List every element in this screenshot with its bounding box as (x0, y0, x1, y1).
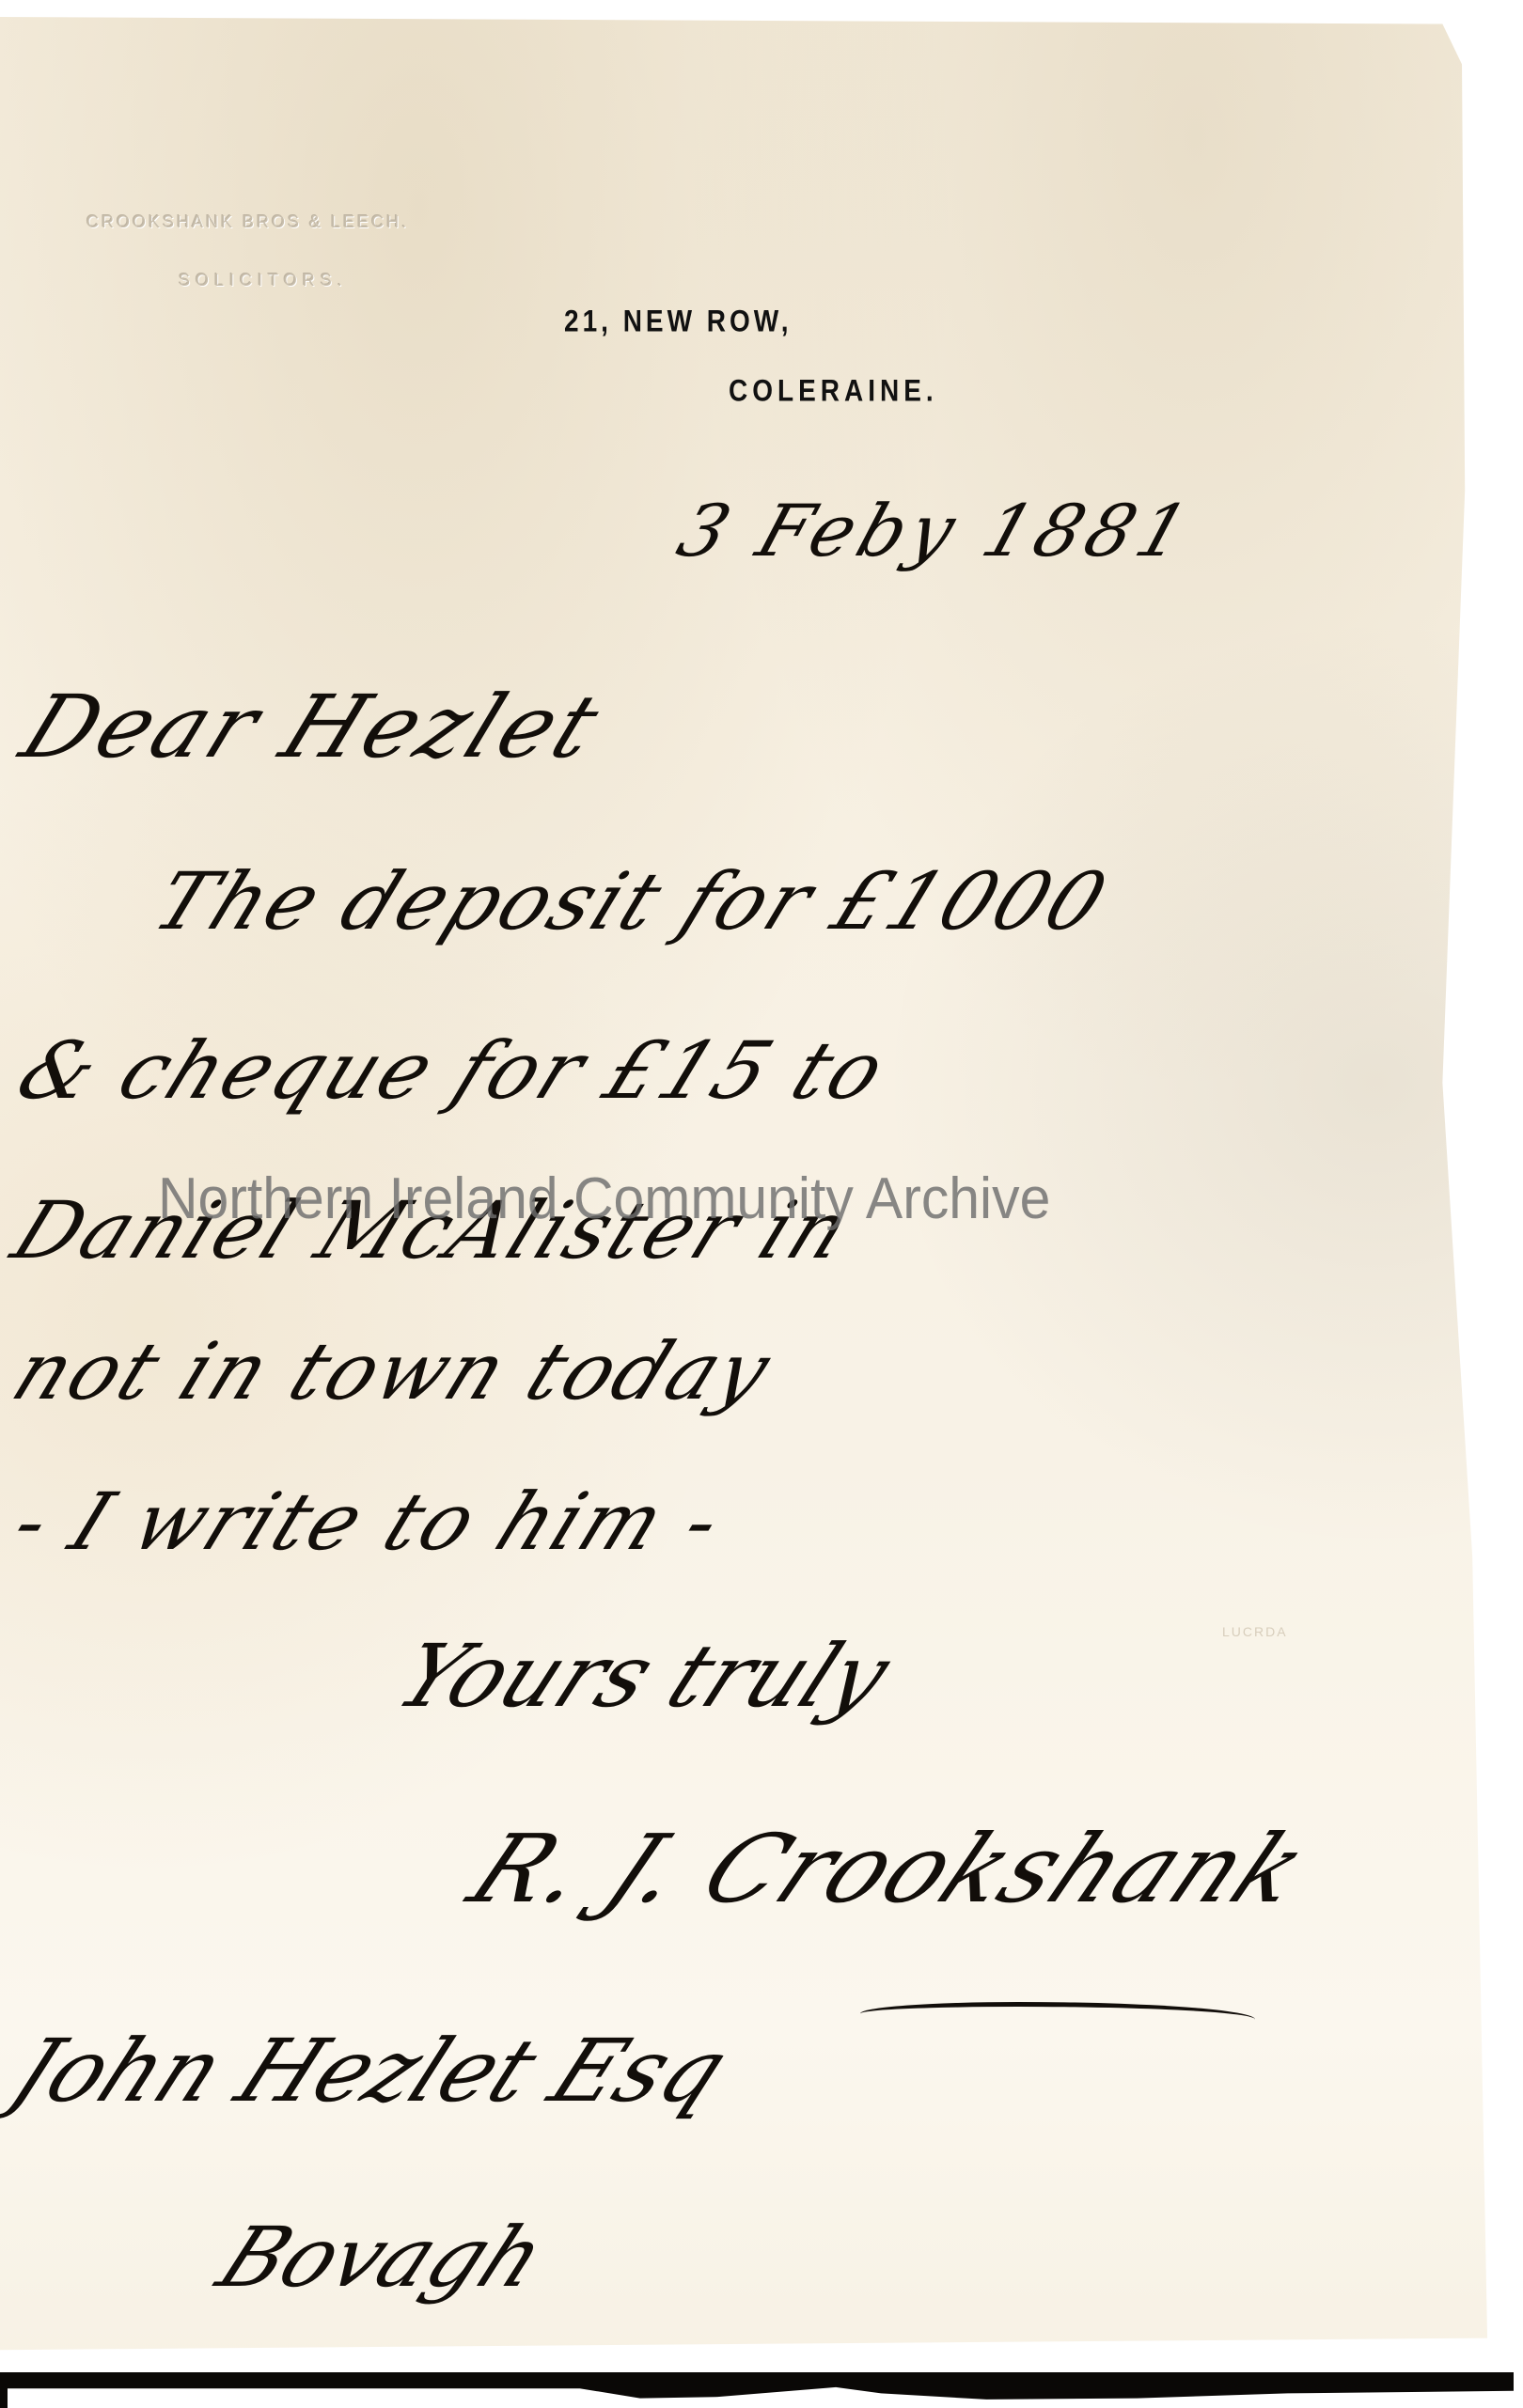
letter-body-line: The deposit for £1000 (141, 855, 1122, 947)
faint-embossed-mark: LUCRDA (1222, 1624, 1288, 1639)
letter-signature: R. J. Crookshank (452, 1814, 1327, 1924)
letter-salutation: Dear Hezlet (8, 677, 616, 777)
letter-body-line: & cheque for £15 to (5, 1024, 901, 1117)
letter-body-line: - I write to him - (0, 1476, 737, 1568)
addressee-name: John Hezlet Esq (0, 2021, 743, 2121)
letterhead-address-street: 21, NEW ROW, (564, 305, 792, 339)
letterhead-firm-name: CROOKSHANK BROS & LEECH. (86, 212, 409, 232)
letter-closing: Yours truly (382, 1626, 905, 1727)
letterhead-role: SOLICITORS. (179, 271, 348, 290)
letter-date: 3 Feby 1881 (668, 489, 1204, 572)
letterhead-address-town: COLERAINE. (729, 374, 938, 409)
letter-body-line: not in town today (0, 1325, 786, 1417)
addressee-place: Bovagh (204, 2209, 560, 2306)
archive-watermark: Northern Ireland Community Archive (158, 1165, 1050, 1232)
folded-page-edge (0, 2372, 1514, 2408)
